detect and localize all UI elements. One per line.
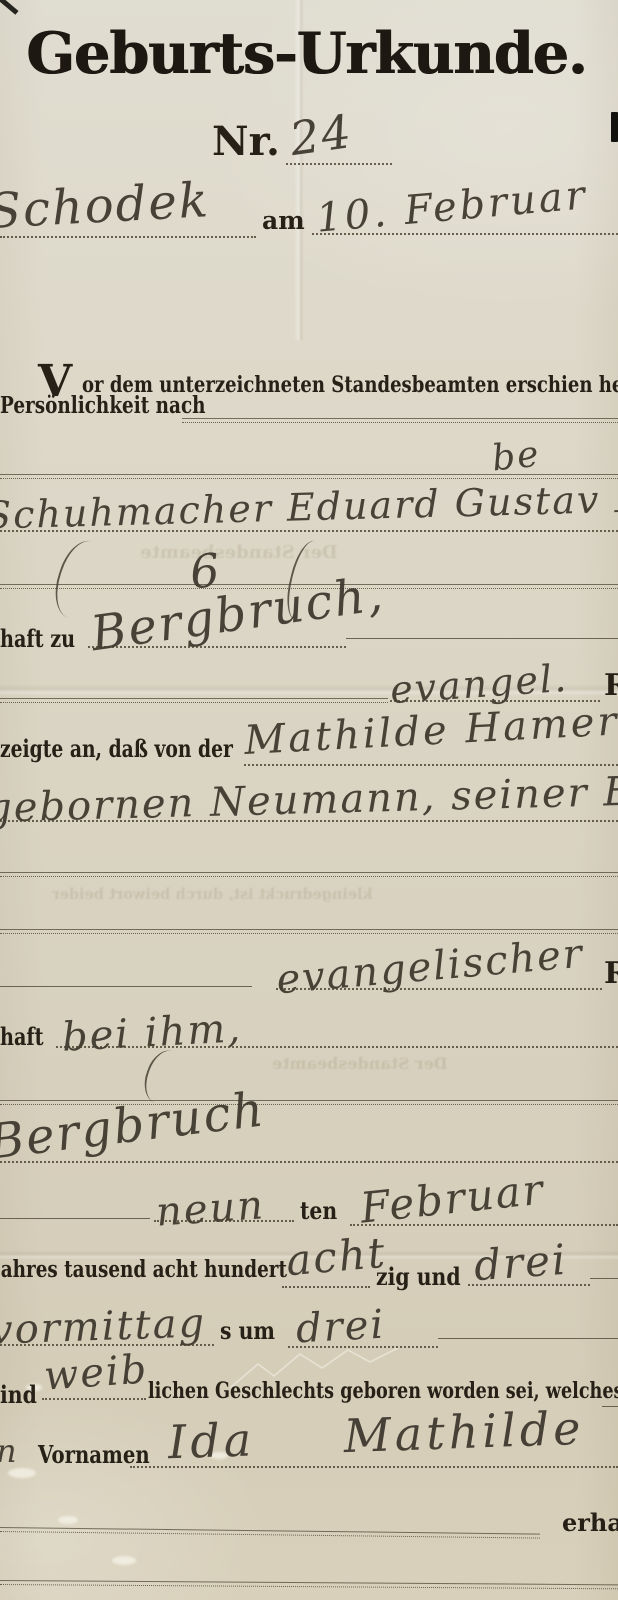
document-title: Geburts-Urkunde. <box>26 20 586 87</box>
persoenlichkeit-label: Persönlichkeit nach <box>0 392 257 419</box>
year-tens-value: acht <box>284 1228 388 1286</box>
gender-line-label: lichen Geschlechts geboren worden sei, w… <box>148 1378 618 1404</box>
religion-cut-letter-2: R <box>604 956 618 991</box>
declarant-name: Schuhmacher Eduard Gustav Hamermann <box>0 470 618 537</box>
day-rule <box>0 1218 150 1219</box>
residence-rule <box>346 638 618 639</box>
wohnhaft-zu-text: haft zu <box>0 624 75 653</box>
gender-end-rule <box>602 1406 618 1407</box>
birthplace-underline <box>0 1161 618 1163</box>
day-value: neun <box>155 1182 267 1235</box>
month-underline <box>350 1224 618 1226</box>
persoenlichkeit-rule <box>182 418 618 423</box>
bekannt-fragment: be <box>490 434 542 480</box>
paper-chip <box>58 1516 78 1524</box>
zig-und-text: zig und <box>376 1262 461 1291</box>
gender-line-text: lichen Geschlechts geboren worden sei, w… <box>148 1378 618 1404</box>
year-tens-underline <box>282 1286 370 1288</box>
year-ones-underline <box>468 1284 590 1286</box>
gender-value: weib <box>43 1346 150 1399</box>
religion-full-underline <box>276 988 602 990</box>
birthplace-value: Bergbruch <box>0 1081 268 1170</box>
nr-underline <box>286 163 392 165</box>
ten-text: ten <box>300 1196 337 1225</box>
wohnhaft-zu-label: haft zu <box>0 624 94 653</box>
vornamen-text: Vornamen <box>38 1440 150 1469</box>
bei-ihm-underline <box>56 1046 618 1048</box>
issue-date-underline <box>312 233 618 235</box>
religion-full-value: evangelischer <box>275 931 586 1004</box>
declarant-underline <box>0 530 618 532</box>
hour-rule <box>438 1338 618 1339</box>
religion-rule-2 <box>0 986 252 987</box>
bleedthrough-standesbeamte-2: Der Standesbeamte <box>272 1054 448 1073</box>
gender-underline <box>42 1398 146 1400</box>
nr-value: 24 <box>287 104 356 166</box>
given-names-value: Ida Mathilde <box>167 1401 585 1469</box>
residence-underline <box>88 646 346 648</box>
hour-value: drei <box>295 1302 386 1353</box>
mother-continuation-underline <box>0 820 618 822</box>
month-value: Februar <box>358 1164 547 1232</box>
year-ones-value: drei <box>472 1235 568 1290</box>
wohnhaft-text: haft <box>0 1022 44 1051</box>
paper-chip <box>112 1556 136 1565</box>
am-label: am <box>262 206 305 235</box>
section-rule-3 <box>0 929 618 934</box>
zig-und-label: zig und <box>376 1262 476 1291</box>
bleedthrough-note: kleingedruckt ist, durch beiwort beider <box>52 886 373 903</box>
issue-date: 10. Februar <box>315 172 590 242</box>
year-prefix-text: Jahres tausend acht hundert <box>0 1256 287 1283</box>
issue-place: Schodek <box>0 172 211 240</box>
edge-mark-top-left <box>0 0 19 15</box>
s-um-text: s um <box>220 1316 275 1345</box>
mother-underline <box>244 764 618 766</box>
bottom-rule-2 <box>0 1580 618 1589</box>
religion-rule-1 <box>0 698 388 703</box>
birth-certificate-photo: Geburts-Urkunde. Nr. 24 Schodek am 10. F… <box>0 0 618 1600</box>
persoenlichkeit-text: Persönlichkeit nach <box>0 392 206 419</box>
kind-fragment-text: ind <box>0 1380 37 1409</box>
bei-ihm-value: bei ihm, <box>61 1005 243 1060</box>
day-underline <box>154 1220 294 1222</box>
hour-underline <box>288 1346 438 1348</box>
edge-mark-top-right <box>611 112 618 142</box>
wohnhaft-label: haft <box>0 1022 54 1051</box>
nr-label: Nr. <box>212 118 280 165</box>
time-underline <box>0 1344 214 1346</box>
zeigte-text: zeigte an, daß von der <box>0 734 233 763</box>
section-rule-2 <box>0 872 618 877</box>
issue-place-underline <box>0 236 256 238</box>
erhalten-label: erhalten <box>562 1508 618 1537</box>
ten-label: ten <box>300 1196 344 1225</box>
vornamen-label: Vornamen <box>38 1440 174 1469</box>
s-um-label: s um <box>220 1316 285 1345</box>
kind-fragment-label: ind <box>0 1380 43 1409</box>
vornamen-fragment: n <box>0 1432 19 1470</box>
bottom-rule-1 <box>0 1527 540 1539</box>
year-end-rule <box>590 1278 618 1279</box>
